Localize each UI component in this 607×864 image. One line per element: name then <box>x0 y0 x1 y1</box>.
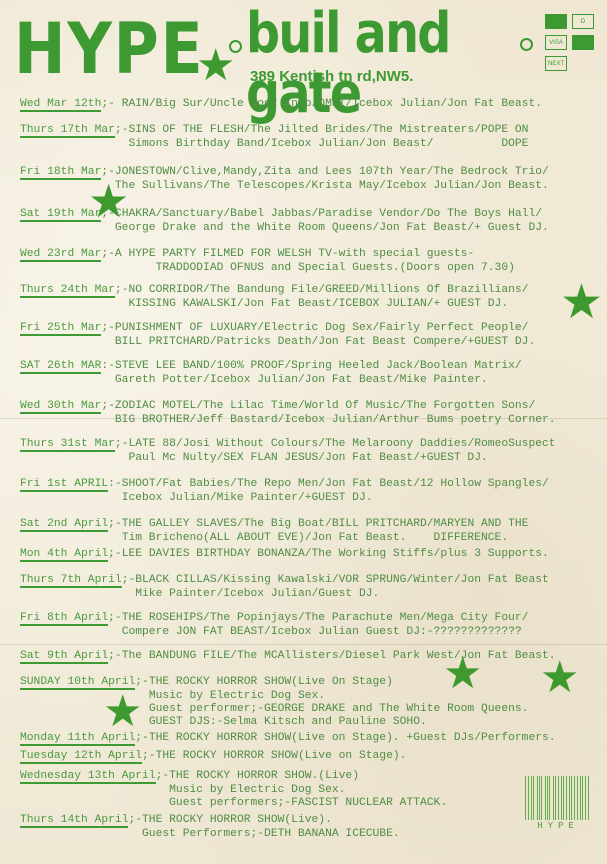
event-date: Wednesday 13th April <box>20 770 156 784</box>
event-lineup-continued: GUEST DJS:-Selma Kitsch and Pauline SOHO… <box>20 716 528 729</box>
event-lineup-continued: KISSING KAWALSKI/Jon Fat Beast/ICEBOX JU… <box>20 298 528 311</box>
event-separator: ;- <box>156 770 170 782</box>
event-date: Fri 1st APRIL <box>20 478 108 492</box>
barcode-bar <box>553 776 554 820</box>
hype-logo: HYPE <box>14 14 204 84</box>
event-lineup: THE GALLEY SLAVES/The Big Boat/BILL PRIT… <box>122 518 529 530</box>
event-first-line: Mon 4th April;-LEE DAVIES BIRTHDAY BONAN… <box>20 548 549 562</box>
event-entry: SAT 26th MAR:-STEVE LEE BAND/100% PROOF/… <box>20 360 522 387</box>
event-lineup: THE ROCKY HORROR SHOW(Live). <box>142 814 332 826</box>
access-card-icon <box>572 35 594 50</box>
star-icon: ★ <box>443 652 482 696</box>
event-separator: ;- <box>142 750 156 762</box>
event-first-line: Fri 25th Mar;-PUNISHMENT OF LUXUARY/Elec… <box>20 322 535 336</box>
event-first-line: Wednesday 13th April;-THE ROCKY HORROR S… <box>20 770 447 784</box>
event-lineup: STEVE LEE BAND/100% PROOF/Spring Heeled … <box>115 360 522 372</box>
event-first-line: Thurs 14th April;-THE ROCKY HORROR SHOW(… <box>20 814 400 828</box>
event-entry: Mon 4th April;-LEE DAVIES BIRTHDAY BONAN… <box>20 548 549 562</box>
event-date: Wed 23rd Mar <box>20 248 101 262</box>
event-date: Sat 9th April <box>20 650 108 664</box>
star-icon: ★ <box>560 278 603 326</box>
star-icon: ★ <box>540 656 579 700</box>
diners-card-icon: D <box>572 14 594 29</box>
event-lineup-continued: Gareth Potter/Icebox Julian/Jon Fat Beas… <box>20 374 522 387</box>
event-first-line: Monday 11th April;-THE ROCKY HORROR SHOW… <box>20 732 556 746</box>
event-separator: ;- <box>115 438 129 450</box>
event-separator: ;- <box>101 98 121 110</box>
star-icon: ★ <box>103 690 142 734</box>
event-lineup: PUNISHMENT OF LUXUARY/Electric Dog Sex/F… <box>115 322 529 334</box>
star-icon: ★ <box>88 178 129 224</box>
event-lineup-continued: Guest performer;-GEORGE DRAKE and The Wh… <box>20 703 528 716</box>
event-date: Thurs 14th April <box>20 814 128 828</box>
event-first-line: Fri 1st APRIL:-SHOOT/Fat Babies/The Repo… <box>20 478 549 492</box>
barcode-bar <box>533 776 534 820</box>
next-card-icon: NEXT <box>545 56 567 71</box>
event-separator: ;- <box>101 322 115 334</box>
event-entry: Tuesday 12th April;-THE ROCKY HORROR SHO… <box>20 750 406 764</box>
event-date: Fri 25th Mar <box>20 322 101 336</box>
event-lineup-continued: Guest Performers;-DETH BANANA ICECUBE. <box>20 828 400 841</box>
ring-icon <box>520 38 533 51</box>
event-first-line: Wed Mar 12th;- RAIN/Big Sur/Uncle Door K… <box>20 98 542 112</box>
event-lineup-continued: BIG BROTHER/Jeff Bastard/Icebox Julian/A… <box>20 414 556 427</box>
event-lineup: JONESTOWN/Clive,Mandy,Zita and Lees 107t… <box>115 166 549 178</box>
event-first-line: Tuesday 12th April;-THE ROCKY HORROR SHO… <box>20 750 406 764</box>
visa-card-icon: VISA <box>545 35 567 50</box>
event-separator: ;- <box>108 612 122 624</box>
event-lineup: THE ROCKY HORROR SHOW(Live on Stage). +G… <box>149 732 556 744</box>
event-entry: Thurs 7th April;-BLACK CILLAS/Kissing Ka… <box>20 574 549 601</box>
event-date: Sat 2nd April <box>20 518 108 532</box>
event-first-line: Thurs 31st Mar;-LATE 88/Josi Without Col… <box>20 438 556 452</box>
event-entry: Thurs 14th April;-THE ROCKY HORROR SHOW(… <box>20 814 400 841</box>
hype-barcode: HYPE <box>521 776 593 834</box>
event-lineup-continued: Simons Birthday Band/Icebox Julian/Jon B… <box>20 138 528 151</box>
event-lineup-continued: Icebox Julian/Mike Painter/+GUEST DJ. <box>20 492 549 505</box>
event-lineup-continued: Compere JON FAT BEAST/Icebox Julian Gues… <box>20 626 528 639</box>
event-date: Wed 30th Mar <box>20 400 101 414</box>
ring-icon <box>229 40 242 53</box>
barcode-bars <box>525 776 589 820</box>
event-separator: ;- <box>128 814 142 826</box>
event-lineup: NO CORRIDOR/The Bandung File/GREED/Milli… <box>128 284 528 296</box>
event-lineup: THE ROSEHIPS/The Popinjays/The Parachute… <box>122 612 529 624</box>
event-separator: :- <box>101 360 115 372</box>
event-entry: Wednesday 13th April;-THE ROCKY HORROR S… <box>20 770 447 810</box>
event-first-line: Sat 2nd April;-THE GALLEY SLAVES/The Big… <box>20 518 528 532</box>
event-lineup: THE ROCKY HORROR SHOW(Live On Stage) <box>149 676 393 688</box>
event-first-line: Thurs 24th Mar;-NO CORRIDOR/The Bandung … <box>20 284 528 298</box>
event-date: Mon 4th April <box>20 548 108 562</box>
event-date: Tuesday 12th April <box>20 750 142 764</box>
event-separator: ;- <box>122 574 136 586</box>
event-lineup: A HYPE PARTY FILMED FOR WELSH TV-with sp… <box>115 248 474 260</box>
event-lineup-continued: Paul Mc Nulty/SEX FLAN JESUS/Jon Fat Bea… <box>20 452 556 465</box>
poster-header: HYPE ★ buil and gate 389 Kentish tn rd,N… <box>0 0 607 95</box>
event-separator: ;- <box>108 548 122 560</box>
event-lineup: LEE DAVIES BIRTHDAY BONANZA/The Working … <box>122 548 549 560</box>
venue-address: 389 Kentish tn rd,NW5. <box>250 68 413 85</box>
barcode-label: HYPE <box>527 821 589 831</box>
event-separator: ;- <box>108 650 122 662</box>
event-separator: ;- <box>115 124 129 136</box>
event-first-line: Wed 23rd Mar;-A HYPE PARTY FILMED FOR WE… <box>20 248 515 262</box>
barcode-bar <box>574 776 575 820</box>
event-lineup-continued: TRADDODIAD OFNUS and Special Guests.(Doo… <box>20 262 515 275</box>
event-lineup: RAIN/Big Sur/Uncle Door Knob/OMNI/Icebox… <box>122 98 542 110</box>
event-entry: Wed Mar 12th;- RAIN/Big Sur/Uncle Door K… <box>20 98 542 112</box>
event-lineup-continued: Guest performers;-FASCIST NUCLEAR ATTACK… <box>20 797 447 810</box>
event-first-line: Wed 30th Mar;-ZODIAC MOTEL/The Lilac Tim… <box>20 400 556 414</box>
event-entry: Thurs 17th Mar;-SINS OF THE FLESH/The Ji… <box>20 124 528 151</box>
event-separator: :- <box>108 478 122 490</box>
event-lineup-continued: Tim Bricheno(ALL ABOUT EVE)/Jon Fat Beas… <box>20 532 528 545</box>
event-date: SAT 26th MAR <box>20 360 101 374</box>
event-first-line: Fri 8th April;-THE ROSEHIPS/The Popinjay… <box>20 612 528 626</box>
event-lineup-continued: Music by Electric Dog Sex. <box>20 784 447 797</box>
event-entry: Wed 23rd Mar;-A HYPE PARTY FILMED FOR WE… <box>20 248 515 275</box>
event-lineup: ZODIAC MOTEL/The Lilac Time/World Of Mus… <box>115 400 535 412</box>
event-entry: Fri 1st APRIL:-SHOOT/Fat Babies/The Repo… <box>20 478 549 505</box>
event-lineup: The BANDUNG FILE/The MCAllisters/Diesel … <box>122 650 556 662</box>
event-separator: ;- <box>101 248 115 260</box>
event-entry: Fri 8th April;-THE ROSEHIPS/The Popinjay… <box>20 612 528 639</box>
event-lineup: THE ROCKY HORROR SHOW.(Live) <box>169 770 359 782</box>
event-lineup: SINS OF THE FLESH/The Jilted Brides/The … <box>128 124 528 136</box>
event-lineup-continued: Mike Painter/Icebox Julian/Guest DJ. <box>20 588 549 601</box>
event-date: Fri 8th April <box>20 612 108 626</box>
event-date: Thurs 17th Mar <box>20 124 115 138</box>
event-lineup: THE ROCKY HORROR SHOW(Live on Stage). <box>156 750 407 762</box>
event-separator: ;- <box>101 400 115 412</box>
event-date: Thurs 31st Mar <box>20 438 115 452</box>
event-lineup-continued: BILL PRITCHARD/Patricks Death/Jon Fat Be… <box>20 336 535 349</box>
event-entry: Sat 2nd April;-THE GALLEY SLAVES/The Big… <box>20 518 528 545</box>
event-lineup: LATE 88/Josi Without Colours/The Melaroo… <box>128 438 555 450</box>
event-separator: ;- <box>115 284 129 296</box>
event-entry: Thurs 31st Mar;-LATE 88/Josi Without Col… <box>20 438 556 465</box>
event-entry: Fri 25th Mar;-PUNISHMENT OF LUXUARY/Elec… <box>20 322 535 349</box>
event-date: Thurs 7th April <box>20 574 122 588</box>
event-first-line: SAT 26th MAR:-STEVE LEE BAND/100% PROOF/… <box>20 360 522 374</box>
event-lineup: CHAKRA/Sanctuary/Babel Jabbas/Paradise V… <box>115 208 542 220</box>
event-first-line: Thurs 7th April;-BLACK CILLAS/Kissing Ka… <box>20 574 549 588</box>
event-first-line: Thurs 17th Mar;-SINS OF THE FLESH/The Ji… <box>20 124 528 138</box>
paper-fold <box>0 644 607 645</box>
event-lineup: SHOOT/Fat Babies/The Repo Men/Jon Fat Be… <box>122 478 549 490</box>
event-lineup: BLACK CILLAS/Kissing Kawalski/VOR SPRUNG… <box>135 574 549 586</box>
event-entry: Thurs 24th Mar;-NO CORRIDOR/The Bandung … <box>20 284 528 311</box>
event-entry: Wed 30th Mar;-ZODIAC MOTEL/The Lilac Tim… <box>20 400 556 427</box>
event-date: Wed Mar 12th <box>20 98 101 112</box>
event-entry: Monday 11th April;-THE ROCKY HORROR SHOW… <box>20 732 556 746</box>
event-date: Thurs 24th Mar <box>20 284 115 298</box>
credit-card-icon <box>545 14 567 29</box>
event-separator: ;- <box>108 518 122 530</box>
